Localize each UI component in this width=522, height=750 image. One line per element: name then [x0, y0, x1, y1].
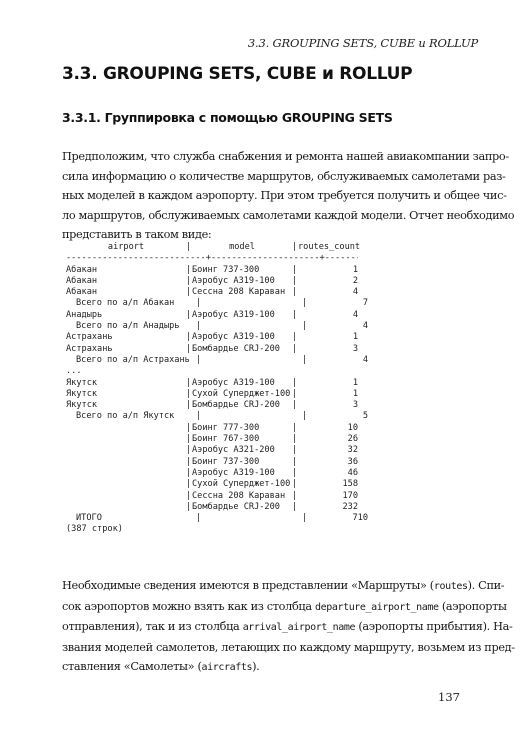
cell-airport: [66, 445, 186, 456]
cell-airport: Всего по а/п Абакан: [66, 298, 196, 309]
result-row: Анадырь|Аэробус A319-100|4: [66, 310, 368, 321]
paragraph-line: Необходимые сведения имеются в представл…: [62, 576, 480, 597]
result-subtotal-row: ИТОГО||710: [66, 513, 368, 524]
result-row: Абакан|Сессна 208 Караван|4: [66, 287, 368, 298]
cell-routes-count: 36: [298, 457, 358, 468]
cell-routes-count: 4: [298, 310, 358, 321]
cell-airport: [66, 434, 186, 445]
result-row: |Аэробус A321-200|32: [66, 445, 368, 456]
cell-model: Сухой Суперджет-100: [192, 389, 292, 400]
cell-airport: ИТОГО: [66, 513, 196, 524]
result-row: |Боинг 777-300|10: [66, 423, 368, 434]
inline-code: departure_airport_name: [315, 602, 439, 613]
cell-routes-count: 7: [308, 298, 368, 309]
cell-model: [202, 513, 302, 524]
page-number: 137: [438, 690, 460, 704]
result-ellipsis: ...: [66, 366, 368, 377]
result-row: Абакан|Аэробус A319-100|2: [66, 276, 368, 287]
cell-routes-count: 5: [308, 411, 368, 422]
cell-model: [202, 321, 302, 332]
result-row: Якутск|Аэробус A319-100|1: [66, 378, 368, 389]
cell-routes-count: 32: [298, 445, 358, 456]
query-result: airport|model|routes_count -------------…: [66, 242, 368, 537]
cell-airport: Астрахань: [66, 332, 186, 343]
cell-airport: [66, 502, 186, 513]
result-row: |Сухой Суперджет-100|158: [66, 479, 368, 490]
cell-routes-count: 232: [298, 502, 358, 513]
result-row: Якутск|Сухой Суперджет-100|1: [66, 389, 368, 400]
cell-airport: Всего по а/п Анадырь: [66, 321, 196, 332]
cell-airport: Якутск: [66, 389, 186, 400]
inline-code: aircrafts: [202, 662, 253, 673]
text-run: Необходимые сведения имеются в представл…: [62, 579, 434, 592]
column-header-model: model: [192, 242, 292, 253]
cell-airport: Якутск: [66, 400, 186, 411]
text-run: сок аэропортов можно взять как из столбц…: [62, 600, 315, 613]
inline-code: arrival_airport_name: [243, 622, 355, 633]
cell-airport: Абакан: [66, 287, 186, 298]
paragraph-line: сила информацию о количестве маршрутов, …: [62, 167, 480, 187]
cell-model: Боинг 737-300: [192, 265, 292, 276]
cell-routes-count: 46: [298, 468, 358, 479]
cell-airport: Астрахань: [66, 344, 186, 355]
result-subtotal-row: Всего по а/п Абакан||7: [66, 298, 368, 309]
result-subtotal-row: Всего по а/п Анадырь||4: [66, 321, 368, 332]
cell-model: Боинг 777-300: [192, 423, 292, 434]
row-count-label: (387 строк): [66, 524, 368, 537]
cell-routes-count: 3: [298, 400, 358, 411]
cell-airport: [66, 491, 186, 502]
cell-model: Бомбардье CRJ-200: [192, 344, 292, 355]
cell-routes-count: 3: [298, 344, 358, 355]
cell-model: Аэробус A319-100: [192, 332, 292, 343]
cell-routes-count: 2: [298, 276, 358, 287]
inline-code: routes: [434, 581, 468, 592]
cell-airport: Анадырь: [66, 310, 186, 321]
cell-routes-count: 1: [298, 265, 358, 276]
paragraph-line: ных моделей в каждом аэропорту. При этом…: [62, 186, 480, 206]
running-head: 3.3. GROUPING SETS, CUBE и ROLLUP: [248, 36, 478, 50]
cell-model: Аэробус A319-100: [192, 276, 292, 287]
result-row: Астрахань|Аэробус A319-100|1: [66, 332, 368, 343]
cell-model: Сессна 208 Караван: [192, 491, 292, 502]
cell-routes-count: 1: [298, 378, 358, 389]
subsection-title: 3.3.1. Группировка с помощью GROUPING SE…: [62, 110, 393, 125]
result-subtotal-row: Всего по а/п Якутск||5: [66, 411, 368, 422]
paragraph-line: ставления «Самолеты» (aircrafts).: [62, 657, 480, 678]
cell-routes-count: 1: [298, 389, 358, 400]
result-row: |Боинг 737-300|36: [66, 457, 368, 468]
cell-airport: Абакан: [66, 265, 186, 276]
cell-airport: [66, 423, 186, 434]
cell-routes-count: 1: [298, 332, 358, 343]
result-row: Абакан|Боинг 737-300|1: [66, 265, 368, 276]
paragraph-line: сок аэропортов можно взять как из столбц…: [62, 597, 480, 618]
cell-routes-count: 4: [298, 287, 358, 298]
cell-model: Бомбардье CRJ-200: [192, 502, 292, 513]
text-run: (аэропорты: [439, 600, 507, 613]
result-header: airport|model|routes_count: [66, 242, 368, 253]
result-row: |Сессна 208 Караван|170: [66, 491, 368, 502]
cell-routes-count: 158: [298, 479, 358, 490]
cell-routes-count: 710: [308, 513, 368, 524]
result-subtotal-row: Всего по а/п Астрахань||4: [66, 355, 368, 366]
closing-paragraph: Необходимые сведения имеются в представл…: [62, 576, 480, 678]
cell-model: [202, 411, 302, 422]
cell-airport: [66, 457, 186, 468]
cell-routes-count: 170: [298, 491, 358, 502]
cell-model: Аэробус A319-100: [192, 378, 292, 389]
cell-model: Сухой Суперджет-100: [192, 479, 292, 490]
result-rule: ---------------------------+------------…: [66, 253, 358, 264]
cell-airport: Абакан: [66, 276, 186, 287]
cell-model: [202, 355, 302, 366]
column-header-airport: airport: [66, 242, 186, 253]
cell-routes-count: 4: [308, 321, 368, 332]
text-run: ). Спи-: [468, 579, 505, 592]
cell-routes-count: 26: [298, 434, 358, 445]
cell-model: Бомбардье CRJ-200: [192, 400, 292, 411]
cell-model: [202, 298, 302, 309]
cell-model: Аэробус A319-100: [192, 310, 292, 321]
cell-model: Сессна 208 Караван: [192, 287, 292, 298]
paragraph-line: отправления), так и из столбца arrival_a…: [62, 617, 480, 638]
text-run: (аэропорты прибытия). На-: [355, 620, 512, 633]
cell-routes-count: 4: [308, 355, 368, 366]
result-row: |Аэробус A319-100|46: [66, 468, 368, 479]
cell-model: Боинг 737-300: [192, 457, 292, 468]
result-row: |Бомбардье CRJ-200|232: [66, 502, 368, 513]
cell-model: Аэробус A321-200: [192, 445, 292, 456]
result-row: |Боинг 767-300|26: [66, 434, 368, 445]
paragraph-line: ло маршрутов, обслуживаемых самолетами к…: [62, 206, 480, 226]
cell-airport: Якутск: [66, 378, 186, 389]
column-header-routes-count: routes_count: [298, 242, 358, 253]
cell-airport: Всего по а/п Якутск: [66, 411, 196, 422]
result-row: Якутск|Бомбардье CRJ-200|3: [66, 400, 368, 411]
text-run: звания моделей самолетов, летающих по ка…: [62, 641, 515, 654]
cell-airport: [66, 468, 186, 479]
section-title: 3.3. GROUPING SETS, CUBE и ROLLUP: [62, 64, 412, 84]
cell-model: Боинг 767-300: [192, 434, 292, 445]
intro-paragraph: Предположим, что служба снабжения и ремо…: [62, 147, 480, 245]
cell-routes-count: 10: [298, 423, 358, 434]
text-run: ставления «Самолеты» (: [62, 660, 202, 673]
text-run: ).: [252, 660, 259, 673]
cell-model: Аэробус A319-100: [192, 468, 292, 479]
result-row: Астрахань|Бомбардье CRJ-200|3: [66, 344, 368, 355]
paragraph-line: Предположим, что служба снабжения и ремо…: [62, 147, 480, 167]
text-run: отправления), так и из столбца: [62, 620, 243, 633]
cell-airport: Всего по а/п Астрахань: [66, 355, 196, 366]
cell-airport: [66, 479, 186, 490]
paragraph-line: звания моделей самолетов, летающих по ка…: [62, 638, 480, 658]
